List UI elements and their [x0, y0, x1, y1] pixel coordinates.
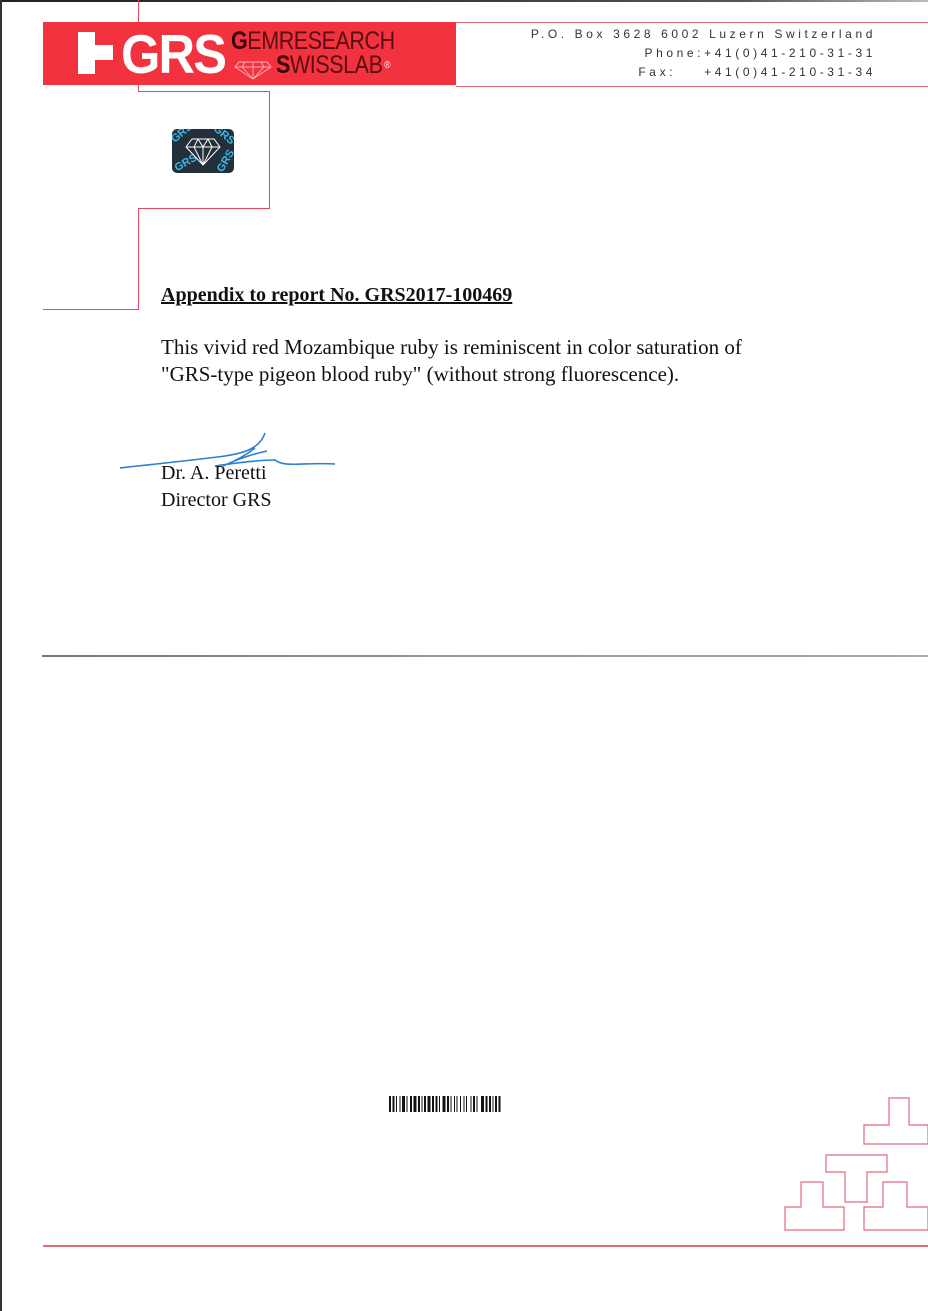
- barcode: [389, 1096, 579, 1112]
- frame-line: [138, 0, 139, 22]
- frame-line: [269, 91, 270, 209]
- phone-line: Phone:+41(0)41-210-31-31: [644, 46, 876, 60]
- appendix-body-line: "GRS-type pigeon blood ruby" (without st…: [161, 361, 821, 388]
- footer-line: [43, 1245, 928, 1247]
- grs-t-emblem-icon: [782, 1094, 928, 1234]
- signatory-title: Director GRS: [161, 489, 272, 512]
- logo-line-swisslab: SWISSLAB®: [276, 52, 390, 79]
- diamond-icon: [233, 58, 273, 80]
- fax-line: Fax:+41(0)41-210-31-34: [638, 65, 876, 79]
- frame-line: [138, 208, 139, 310]
- diamond-hologram-icon: [184, 135, 222, 167]
- scan-edge-top: [0, 0, 928, 2]
- appendix-body-line: This vivid red Mozambique ruby is remini…: [161, 334, 821, 361]
- page-divider: [42, 655, 928, 657]
- frame-line: [43, 309, 139, 310]
- appendix-body: This vivid red Mozambique ruby is remini…: [161, 334, 821, 388]
- scan-edge-left: [0, 0, 2, 1311]
- frame-line: [138, 208, 270, 209]
- grs-logo: GRS GEMRESEARCH SWISSLAB®: [43, 22, 456, 85]
- appendix-title: Appendix to report No. GRS2017-100469: [161, 284, 512, 307]
- postal-address: P.O. Box 3628 6002 Luzern Switzerland: [531, 27, 876, 41]
- signatory-name: Dr. A. Peretti: [161, 462, 267, 485]
- frame-line: [138, 91, 270, 92]
- hologram-seal: GRS GRS GRS GRS: [172, 129, 234, 173]
- logo-mark: GRS: [121, 25, 225, 83]
- address-block: P.O. Box 3628 6002 Luzern Switzerland Ph…: [456, 22, 928, 87]
